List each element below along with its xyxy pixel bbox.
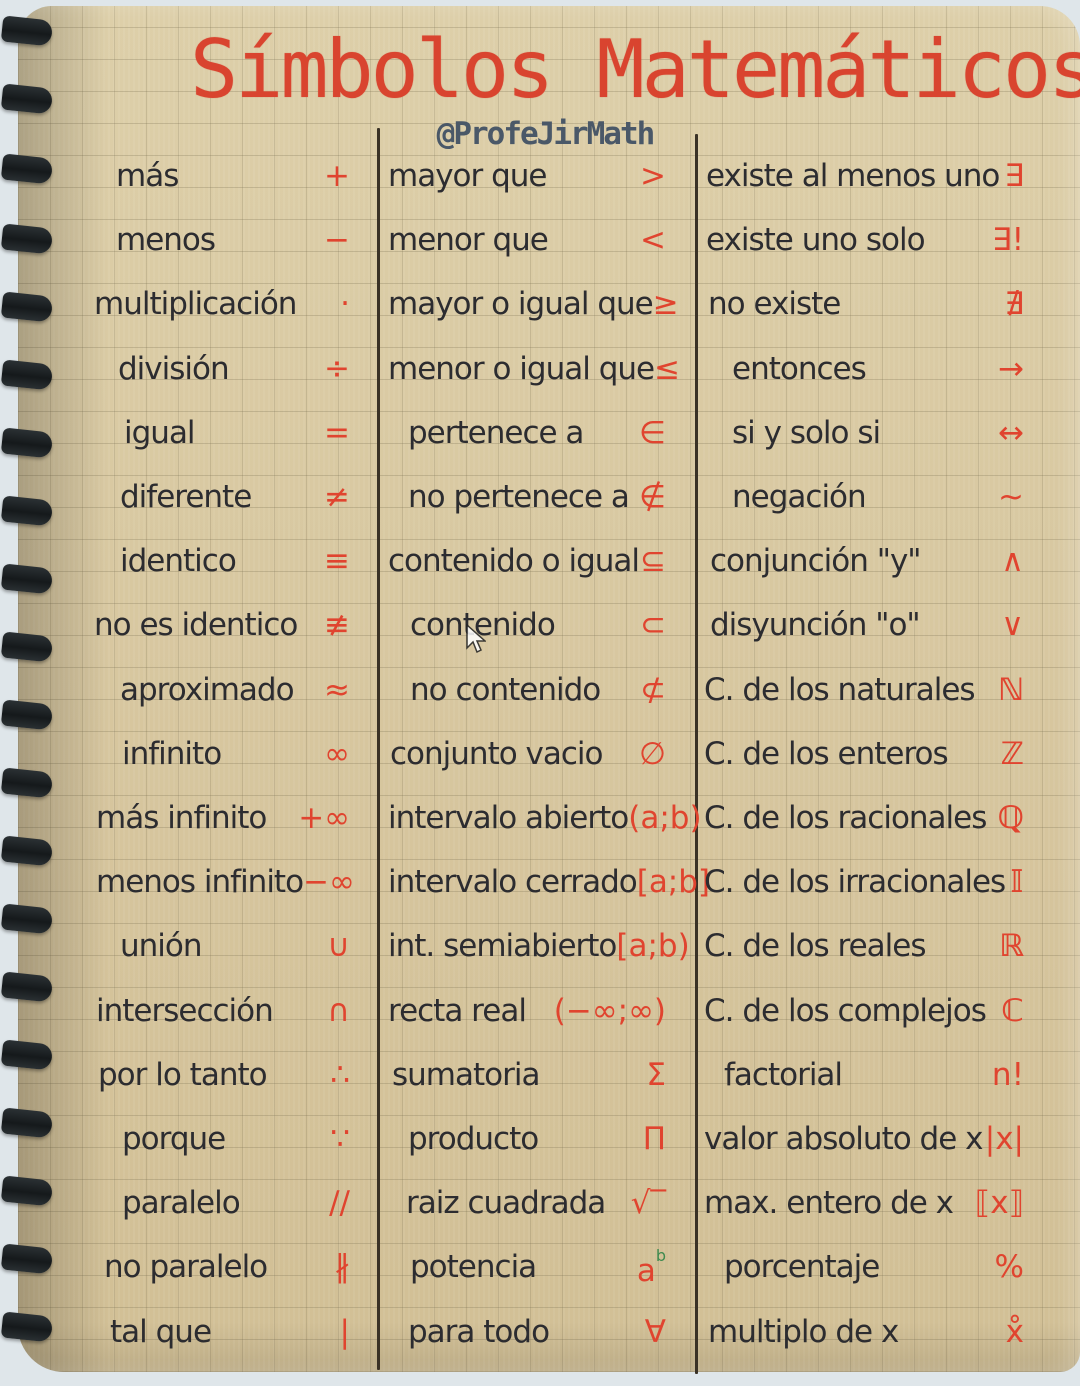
symbol-row: contenido⊂ (388, 595, 666, 655)
math-symbol: ≢ (324, 607, 350, 643)
math-symbol: ℝ (999, 928, 1024, 964)
symbol-name: negación (704, 479, 866, 515)
symbol-row: valor absoluto de x|x| (704, 1109, 1024, 1169)
symbol-name: porque (94, 1121, 225, 1157)
symbol-row: raiz cuadrada√‾ (388, 1173, 666, 1233)
symbol-name: C. de los racionales (704, 800, 986, 836)
symbol-name: porcentaje (704, 1249, 879, 1285)
math-symbol: ≤ (654, 351, 680, 387)
symbol-row: aproximado≈ (94, 660, 350, 720)
math-symbol: ⊂ (640, 607, 666, 643)
spiral-ring (1, 1243, 53, 1274)
symbol-name: no pertenece a (388, 479, 629, 515)
math-symbol: ∄ (1004, 286, 1024, 322)
symbol-name: C. de los naturales (704, 672, 975, 708)
symbol-name: producto (388, 1121, 538, 1157)
math-symbol: ∪ (327, 928, 350, 964)
symbol-row: C. de los racionalesℚ (704, 788, 1024, 848)
math-symbol: ∉ (639, 479, 666, 515)
math-symbol: ∨ (1001, 607, 1024, 643)
symbol-row: unión∪ (94, 916, 350, 976)
spiral-ring (1, 495, 53, 526)
symbol-name: disyunción "o" (704, 607, 920, 643)
symbol-row: infinito∞ (94, 724, 350, 784)
symbol-row: porcentaje% (704, 1237, 1024, 1297)
spiral-ring (1, 903, 53, 934)
symbol-name: intersección (94, 993, 273, 1029)
symbol-row: menos infinito−∞ (94, 852, 350, 912)
math-symbol: ∃! (992, 222, 1024, 258)
spiral-binding (0, 0, 60, 1386)
symbol-row: menor o igual que≤ (388, 339, 666, 399)
symbol-row: existe uno solo∃! (704, 210, 1024, 270)
math-symbol: |x| (985, 1121, 1024, 1157)
math-symbol: ∧ (1001, 543, 1024, 579)
spiral-ring (1, 291, 53, 322)
math-symbol: +∞ (298, 800, 350, 836)
symbol-name: menor o igual que (388, 351, 654, 387)
math-symbol: ÷ (324, 351, 350, 387)
spiral-ring (1, 427, 53, 458)
symbol-row: productoΠ (388, 1109, 666, 1169)
symbol-row: no contenido⊄ (388, 660, 666, 720)
symbol-row: por lo tanto∴ (94, 1045, 350, 1105)
math-symbol: −∞ (303, 864, 355, 900)
spiral-ring (1, 563, 53, 594)
math-symbol: ∦ (335, 1249, 351, 1285)
symbol-name: existe al menos uno (704, 158, 999, 194)
math-symbol: ℂ (1001, 993, 1024, 1029)
math-symbol: ⟦x⟧ (975, 1185, 1024, 1221)
symbol-name: entonces (704, 351, 866, 387)
math-symbol: ∞ (324, 736, 350, 772)
math-symbol: Π (643, 1121, 666, 1157)
math-symbol: ⊄ (640, 672, 666, 708)
symbol-row: igual= (94, 403, 350, 463)
symbol-name: mayor que (388, 158, 547, 194)
math-symbol: a (637, 1253, 656, 1289)
math-symbol: // (329, 1185, 350, 1221)
spiral-ring (1, 1175, 53, 1206)
symbol-row: no paralelo∦ (94, 1237, 350, 1297)
math-symbol: ℚ (998, 800, 1024, 836)
symbol-row: pertenece a∈ (388, 403, 666, 463)
symbol-row: intervalo cerrado[a;b] (388, 852, 666, 912)
spiral-ring (1, 1311, 53, 1342)
spiral-ring (1, 699, 53, 730)
math-symbol: x̊ (1006, 1314, 1024, 1350)
math-symbol: (a;b) (628, 800, 701, 836)
spiral-ring (1, 1107, 53, 1138)
math-symbol: Σ (646, 1057, 666, 1093)
math-symbol: √‾ (631, 1185, 666, 1221)
symbol-row: max. entero de x⟦x⟧ (704, 1173, 1024, 1233)
symbol-row: potenciaab (388, 1237, 666, 1297)
math-symbol: > (640, 158, 666, 194)
symbol-row: mayor o igual que≥ (388, 274, 666, 334)
math-symbol: [a;b] (637, 864, 710, 900)
symbol-name: max. entero de x (704, 1185, 953, 1221)
math-symbol: ~ (998, 479, 1024, 515)
spiral-ring (1, 83, 53, 114)
math-symbol: ≈ (324, 672, 350, 708)
symbol-row: recta real(−∞;∞) (388, 981, 666, 1041)
symbol-name: no existe (704, 286, 840, 322)
math-symbol: ≠ (324, 479, 350, 515)
math-symbol: ∅ (639, 736, 666, 772)
column-divider (695, 134, 698, 1374)
symbol-row: factorialn! (704, 1045, 1024, 1105)
symbol-name: no contenido (388, 672, 600, 708)
symbol-name: para todo (388, 1314, 549, 1350)
power-symbol: ab (637, 1246, 666, 1289)
symbol-row: para todo∀ (388, 1302, 666, 1362)
math-symbol: ℤ (1001, 736, 1024, 772)
spiral-ring (1, 153, 53, 184)
math-symbol: ∩ (327, 993, 350, 1029)
math-symbol: ∴ (330, 1057, 350, 1093)
symbol-row: existe al menos uno∃ (704, 146, 1024, 206)
symbol-row: conjunción "y"∧ (704, 531, 1024, 591)
symbol-row: diferente≠ (94, 467, 350, 527)
symbol-name: C. de los enteros (704, 736, 948, 772)
column-divider (377, 128, 380, 1370)
symbol-row: multiplicación· (94, 274, 350, 334)
symbol-row: identico≡ (94, 531, 350, 591)
math-symbol: − (324, 222, 350, 258)
symbol-row: más infinito+∞ (94, 788, 350, 848)
symbol-row: C. de los naturalesℕ (704, 660, 1024, 720)
symbol-name: infinito (94, 736, 221, 772)
spiral-ring (1, 1039, 53, 1070)
symbol-name: no paralelo (94, 1249, 267, 1285)
symbol-name: sumatoria (388, 1057, 539, 1093)
symbol-name: valor absoluto de x (704, 1121, 983, 1157)
symbol-row: sumatoriaΣ (388, 1045, 666, 1105)
math-symbol: ≥ (653, 286, 679, 322)
mouse-cursor-icon (466, 624, 486, 654)
symbol-name: multiplo de x (704, 1314, 898, 1350)
symbol-name: igual (94, 415, 195, 451)
math-symbol: ⊆ (640, 543, 666, 579)
symbol-row: menos− (94, 210, 350, 270)
math-symbol: n! (992, 1057, 1024, 1093)
symbol-row: C. de los irracionales𝕀 (704, 852, 1024, 912)
math-symbol: ∈ (639, 415, 666, 451)
symbol-row: no existe∄ (704, 274, 1024, 334)
symbol-name: C. de los irracionales (704, 864, 1005, 900)
symbol-row: más+ (94, 146, 350, 206)
math-symbol: % (995, 1249, 1024, 1285)
spiral-ring (1, 767, 53, 798)
symbol-name: menor que (388, 222, 548, 258)
symbol-name: por lo tanto (94, 1057, 267, 1093)
math-symbol: = (324, 415, 350, 451)
symbol-name: C. de los reales (704, 928, 926, 964)
math-symbol: (−∞;∞) (554, 993, 666, 1029)
symbol-name: diferente (94, 479, 251, 515)
math-symbol: ≡ (324, 543, 350, 579)
symbol-name: división (94, 351, 229, 387)
symbol-row: paralelo// (94, 1173, 350, 1233)
symbol-name: menos (94, 222, 215, 258)
symbol-row: entonces→ (704, 339, 1024, 399)
math-symbol: [a;b) (616, 928, 689, 964)
superscript: b (656, 1246, 666, 1265)
symbol-name: int. semiabierto (388, 928, 616, 964)
symbol-row: contenido o igual⊆ (388, 531, 666, 591)
symbol-row: división÷ (94, 339, 350, 399)
symbol-name: paralelo (94, 1185, 240, 1221)
symbol-name: más infinito (94, 800, 266, 836)
symbol-row: C. de los enterosℤ (704, 724, 1024, 784)
symbol-name: existe uno solo (704, 222, 925, 258)
symbol-name: no es identico (94, 607, 297, 643)
symbol-row: conjunto vacio∅ (388, 724, 666, 784)
math-symbol: ∀ (645, 1314, 666, 1350)
symbol-name: unión (94, 928, 202, 964)
math-symbol: 𝕀 (1010, 864, 1024, 900)
math-symbol: → (998, 351, 1024, 387)
symbol-name: recta real (388, 993, 526, 1029)
symbol-row: no es identico≢ (94, 595, 350, 655)
spiral-ring (1, 15, 53, 46)
symbol-name: intervalo cerrado (388, 864, 637, 900)
symbol-row: porque∵ (94, 1109, 350, 1169)
math-symbol: ∃ (1004, 158, 1024, 194)
math-symbol: | (340, 1314, 350, 1350)
symbol-row: si y solo si↔ (704, 403, 1024, 463)
page-title: Símbolos Matemáticos (190, 22, 950, 118)
symbol-name: C. de los complejos (704, 993, 986, 1029)
spiral-ring (1, 631, 53, 662)
symbol-name: intervalo abierto (388, 800, 628, 836)
symbol-row: C. de los complejosℂ (704, 981, 1024, 1041)
symbol-name: mayor o igual que (388, 286, 653, 322)
symbol-name: pertenece a (388, 415, 583, 451)
symbol-row: negación~ (704, 467, 1024, 527)
spiral-ring (1, 223, 53, 254)
symbol-name: tal que (94, 1314, 211, 1350)
symbol-name: conjunto vacio (388, 736, 603, 772)
symbol-name: identico (94, 543, 236, 579)
symbol-row: intervalo abierto(a;b) (388, 788, 666, 848)
spiral-ring (1, 359, 53, 390)
symbol-name: si y solo si (704, 415, 880, 451)
symbol-row: no pertenece a∉ (388, 467, 666, 527)
symbol-row: C. de los realesℝ (704, 916, 1024, 976)
symbol-row: intersección∩ (94, 981, 350, 1041)
symbol-name: menos infinito (94, 864, 303, 900)
math-symbol: ↔ (998, 415, 1024, 451)
spiral-ring (1, 971, 53, 1002)
symbol-row: disyunción "o"∨ (704, 595, 1024, 655)
symbol-row: menor que< (388, 210, 666, 270)
symbol-row: int. semiabierto[a;b) (388, 916, 666, 976)
math-symbol: · (340, 286, 350, 322)
math-symbol: ∵ (330, 1121, 350, 1157)
symbol-row: mayor que> (388, 146, 666, 206)
symbol-name: raiz cuadrada (388, 1185, 605, 1221)
symbol-name: contenido o igual (388, 543, 639, 579)
symbol-name: potencia (388, 1249, 536, 1285)
symbol-name: conjunción "y" (704, 543, 921, 579)
spiral-ring (1, 835, 53, 866)
math-symbol: + (324, 158, 350, 194)
symbol-name: multiplicación (94, 286, 296, 322)
symbol-name: factorial (704, 1057, 842, 1093)
symbol-row: tal que| (94, 1302, 350, 1362)
symbol-row: multiplo de xx̊ (704, 1302, 1024, 1362)
symbol-name: más (94, 158, 178, 194)
math-symbol: < (640, 222, 666, 258)
symbol-name: aproximado (94, 672, 294, 708)
math-symbol: ℕ (998, 672, 1024, 708)
